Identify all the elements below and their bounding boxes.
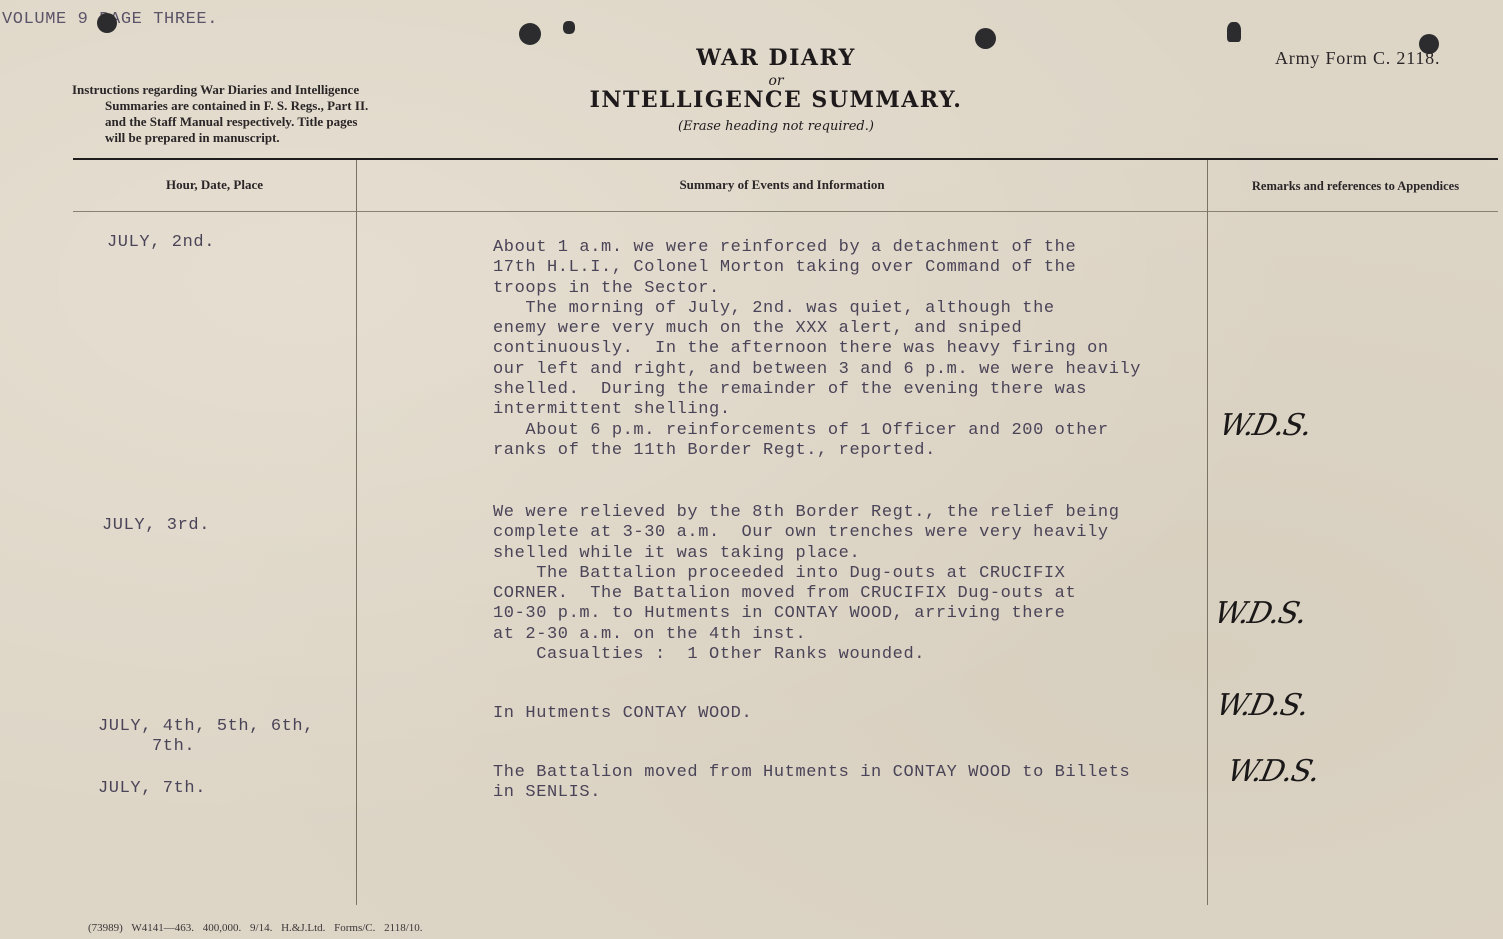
instructions-line-4: will be prepared in manuscript. [72, 130, 447, 146]
punch-hole-3 [563, 21, 575, 34]
entry-date: JULY, 3rd. [102, 516, 210, 535]
remark-initials: W.D.S. [1224, 754, 1322, 789]
entry-text: About 1 a.m. we were reinforced by a det… [493, 238, 1213, 461]
entry-date: JULY, 7th. [98, 779, 206, 798]
punch-hole-4 [975, 28, 996, 49]
instructions-line-1: Instructions regarding War Diaries and I… [72, 82, 447, 98]
title-war-diary: WAR DIARY [580, 45, 972, 71]
punch-hole-5 [1227, 22, 1241, 42]
remark-initials: W.D.S. [1211, 596, 1309, 631]
title-erase-note: (Erase heading not required.) [580, 119, 972, 134]
punch-hole-2 [519, 23, 541, 45]
entry-text: The Battalion moved from Hutments in CON… [493, 763, 1213, 804]
column-divider-1 [356, 160, 357, 905]
header-top-rule [73, 158, 1498, 160]
column-header-summary: Summary of Events and Information [357, 177, 1207, 193]
instructions-line-2: Summaries are contained in F. S. Regs., … [72, 98, 447, 114]
entry-date: JULY, 4th, 5th, 6th, 7th. [98, 717, 314, 757]
entry-text: We were relieved by the 8th Border Regt.… [493, 503, 1213, 665]
entry-date: JULY, 2nd. [107, 233, 215, 252]
instructions-note: Instructions regarding War Diaries and I… [72, 82, 447, 146]
instructions-line-3: and the Staff Manual respectively. Title… [72, 114, 447, 130]
header-bottom-rule [73, 211, 1498, 212]
entry-text: In Hutments CONTAY WOOD. [493, 704, 1213, 724]
print-info-footer: (73989) W4141—463. 400,000. 9/14. H.&J.L… [88, 922, 423, 934]
remark-initials: W.D.S. [1216, 408, 1314, 443]
remark-initials: W.D.S. [1213, 688, 1311, 723]
title-intelligence-summary: INTELLIGENCE SUMMARY. [580, 87, 972, 113]
punch-hole-1 [97, 13, 117, 33]
column-header-remarks: Remarks and references to Appendices [1208, 179, 1503, 194]
column-header-date: Hour, Date, Place [73, 177, 356, 193]
army-form-number: Army Form C. 2118. [1275, 48, 1440, 69]
form-title: WAR DIARY or INTELLIGENCE SUMMARY. (Eras… [580, 45, 972, 134]
